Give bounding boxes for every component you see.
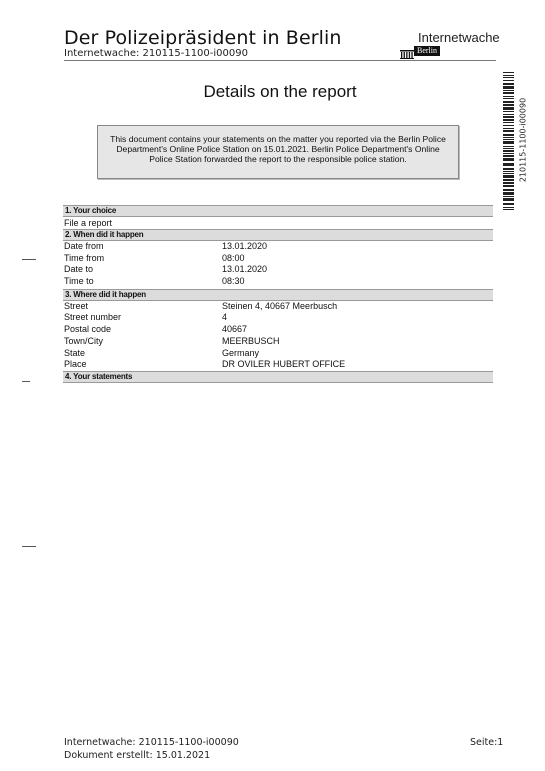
brandenburg-gate-icon (400, 49, 414, 59)
punch-mark (22, 381, 30, 382)
section-where: 3. Where did it happen StreetSteinen 4, … (63, 289, 493, 371)
field-row: Postal code40667 (63, 324, 493, 336)
barcode-text: 210115-1100-i00090 (519, 98, 528, 182)
section-heading: 2. When did it happen (63, 229, 493, 241)
field-label: Date from (63, 241, 222, 253)
footer-info: Internetwache: 210115-1100-i00090 Dokume… (64, 737, 239, 762)
field-value: 40667 (222, 324, 493, 336)
field-value: 13.01.2020 (222, 241, 493, 253)
field-label: Place (63, 359, 222, 371)
page-title: Details on the report (0, 82, 545, 102)
footer-created-date: Dokument erstellt: 15.01.2021 (64, 750, 239, 763)
section-heading: 1. Your choice (63, 205, 493, 217)
field-label: Street (63, 301, 222, 313)
section-heading: 3. Where did it happen (63, 289, 493, 301)
field-value: Germany (222, 348, 493, 360)
field-row: Time from08:00 (63, 253, 493, 265)
field-row: Town/CityMEERBUSCH (63, 336, 493, 348)
footer-reference: Internetwache: 210115-1100-i00090 (64, 737, 239, 750)
logo-text: Internetwache (418, 30, 500, 45)
header-divider (64, 60, 496, 61)
document-reference: Internetwache: 210115-1100-i00090 (64, 48, 248, 59)
field-label: State (63, 348, 222, 360)
field-value: 4 (222, 312, 493, 324)
field-row: Street number4 (63, 312, 493, 324)
field-label: Street number (63, 312, 222, 324)
fold-mark (22, 546, 36, 547)
field-value: 13.01.2020 (222, 264, 493, 276)
section-statements: 4. Your statements (63, 371, 493, 383)
field-value: 08:00 (222, 253, 493, 265)
field-row: Date to13.01.2020 (63, 264, 493, 276)
choice-value: File a report (63, 217, 493, 229)
field-row: StateGermany (63, 348, 493, 360)
section-when: 2. When did it happen Date from13.01.202… (63, 229, 493, 288)
page-number: Seite:1 (470, 737, 503, 748)
document-title: Der Polizeipräsident in Berlin (64, 27, 342, 49)
field-value: MEERBUSCH (222, 336, 493, 348)
section-heading: 4. Your statements (63, 371, 493, 383)
logo-badge: Berlin (414, 46, 440, 56)
field-label: Postal code (63, 324, 222, 336)
field-label: Date to (63, 264, 222, 276)
field-label: Time from (63, 253, 222, 265)
report-content: 1. Your choice File a report 2. When did… (63, 205, 493, 383)
notice-box: This document contains your statements o… (97, 125, 459, 179)
fold-mark (22, 259, 36, 260)
field-row: Date from13.01.2020 (63, 241, 493, 253)
field-row: Time to08:30 (63, 276, 493, 288)
field-value: DR OVILER HUBERT OFFICE (222, 359, 493, 371)
field-row: PlaceDR OVILER HUBERT OFFICE (63, 359, 493, 371)
field-label: Time to (63, 276, 222, 288)
field-label: Town/City (63, 336, 222, 348)
field-value: 08:30 (222, 276, 493, 288)
field-value: Steinen 4, 40667 Meerbusch (222, 301, 493, 313)
section-choice: 1. Your choice File a report (63, 205, 493, 229)
field-row: StreetSteinen 4, 40667 Meerbusch (63, 301, 493, 313)
